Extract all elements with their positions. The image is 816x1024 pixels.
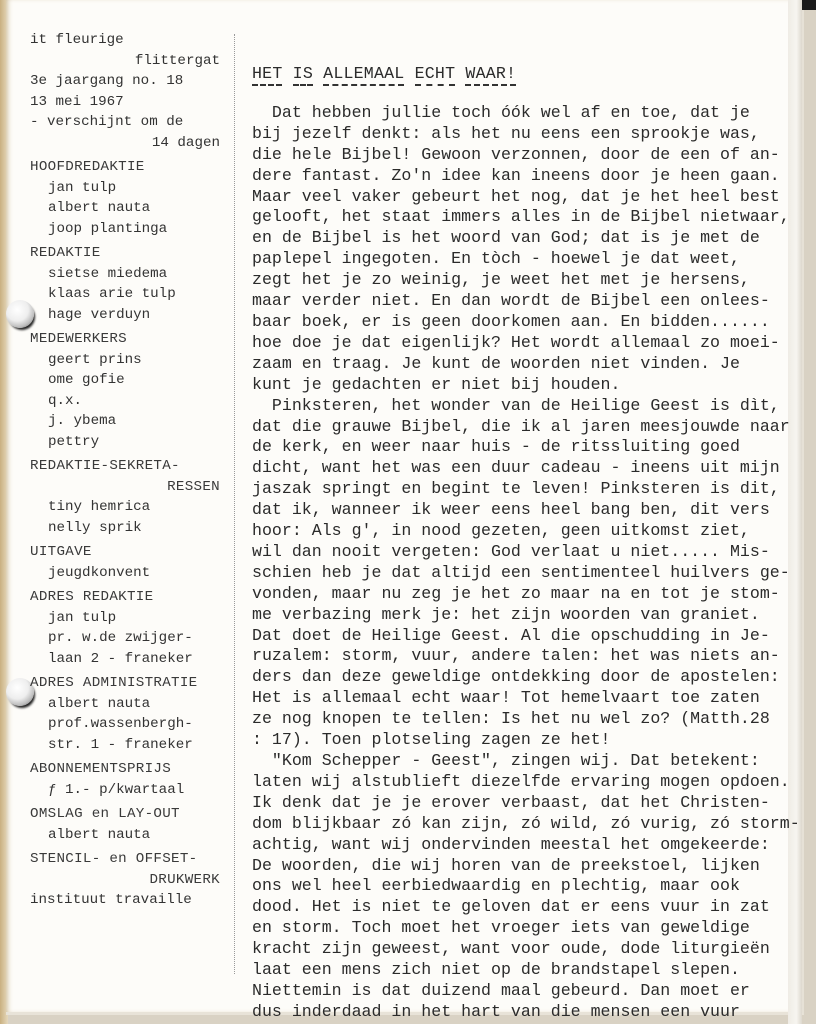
article-line: ons wel heel eerbiedwaardig en plechtig,… <box>252 876 772 897</box>
article-line: Ik denk dat je je erover verbaast, dat h… <box>252 793 772 814</box>
colophon-section: ADRES ADMINISTRATIEalbert nautaprof.wass… <box>30 673 220 755</box>
article-line: : 17). Toen plotseling zagen ze het! <box>252 730 772 751</box>
colophon-entry: pr. w.de zwijger- <box>30 628 220 649</box>
article: HET IS ALLEMAAL ECHT WAAR! Dat hebben ju… <box>252 64 772 1023</box>
colophon-sidebar: it fleurige flittergat 3e jaargang no. 1… <box>30 30 220 911</box>
colophon-section: MEDEWERKERSgeert prinsome gofieq.x.j. yb… <box>30 329 220 452</box>
article-line: laten wij alstublieft diezelfde ervaring… <box>252 772 772 793</box>
article-line: paplepel ingegoten. En tòch - hoewel je … <box>252 249 772 270</box>
article-line: dus inderdaad in het hart van die mensen… <box>252 1002 772 1023</box>
colophon-entry: hage verduyn <box>30 305 220 326</box>
colophon-section: STENCIL- en OFFSET-DRUKWERKinstituut tra… <box>30 849 220 911</box>
headline-word: ECHT <box>415 64 456 86</box>
colophon-entry: joop plantinga <box>30 219 220 240</box>
article-headline: HET IS ALLEMAAL ECHT WAAR! <box>252 64 772 85</box>
article-line: schien heb je dat altijd een sentimentee… <box>252 563 772 584</box>
article-line: maar verder niet. En dan wordt de Bijbel… <box>252 291 772 312</box>
article-line: laat een mens zich niet op de brandstape… <box>252 960 772 981</box>
colophon-heading: ABONNEMENTSPRIJS <box>30 759 220 780</box>
colophon-entry: albert nauta <box>30 198 220 219</box>
article-line: achtig, want wij ondervinden meestal het… <box>252 835 772 856</box>
article-line: Het is allemaal echt waar! Tot hemelvaar… <box>252 688 772 709</box>
colophon-heading: REDAKTIE-SEKRETA- <box>30 456 220 477</box>
article-line: wil dan nooit vergeten: God verlaat u ni… <box>252 542 772 563</box>
article-line: vonden, maar nu zeg je het zo maar na en… <box>252 584 772 605</box>
article-line: bij jezelf denkt: als het nu eens een sp… <box>252 124 772 145</box>
colophon-heading: STENCIL- en OFFSET- <box>30 849 220 870</box>
column-divider <box>234 34 235 974</box>
article-line: Pinksteren, het wonder van de Heilige Ge… <box>252 396 772 417</box>
colophon-entry: jan tulp <box>30 608 220 629</box>
colophon-heading: REDAKTIE <box>30 243 220 264</box>
article-line: ders dan deze geweldige ontdekking door … <box>252 667 772 688</box>
colophon-heading: ADRES REDAKTIE <box>30 587 220 608</box>
colophon-section: UITGAVEjeugdkonvent <box>30 542 220 583</box>
colophon-entry: jeugdkonvent <box>30 563 220 584</box>
colophon-entry: instituut travaille <box>30 890 220 911</box>
article-line: dere fantast. Zo'n idee kan ineens door … <box>252 166 772 187</box>
colophon-entry: sietse miedema <box>30 264 220 285</box>
colophon-heading: ADRES ADMINISTRATIE <box>30 673 220 694</box>
article-line: hoe doe je dat eigenlijk? Het wordt alle… <box>252 333 772 354</box>
article-line: Maar veel vaker gebeurt het nog, dat je … <box>252 187 772 208</box>
colophon-entry: laan 2 - franeker <box>30 649 220 670</box>
article-line: dom blijkbaar zó kan zijn, zó wild, zó v… <box>252 814 772 835</box>
article-line: en de Bijbel is het woord van God; dat i… <box>252 228 772 249</box>
headline-word: WAAR! <box>465 64 516 86</box>
colophon-heading: MEDEWERKERS <box>30 329 220 350</box>
article-line: "Kom Schepper - Geest", zingen wij. Dat … <box>252 751 772 772</box>
colophon-entry: geert prins <box>30 350 220 371</box>
headline-word: IS <box>293 64 313 86</box>
colophon-section: REDAKTIEsietse miedemaklaas arie tulphag… <box>30 243 220 325</box>
colophon-entry: prof.wassenbergh- <box>30 714 220 735</box>
masthead-title-line2: flittergat <box>30 51 220 72</box>
article-line: hoor: Als g', in nood gezeten, geen uitk… <box>252 521 772 542</box>
colophon-entry: jan tulp <box>30 178 220 199</box>
colophon-heading: OMSLAG en LAY-OUT <box>30 804 220 825</box>
masthead-frequency-line2: 14 dagen <box>30 133 220 154</box>
colophon-entry: albert nauta <box>30 825 220 846</box>
headline-word: HET <box>252 64 282 86</box>
colophon-entry: j. ybema <box>30 411 220 432</box>
colophon-entry: ome gofie <box>30 370 220 391</box>
colophon-section: REDAKTIE-SEKRETA-RESSENtiny hemricanelly… <box>30 456 220 538</box>
article-line: De woorden, die wij horen van de preekst… <box>252 856 772 877</box>
colophon-heading: DRUKWERK <box>30 870 220 891</box>
article-line: kunt je gedachten er niet bij houden. <box>252 375 772 396</box>
colophon-list: HOOFDREDAKTIEjan tulpalbert nautajoop pl… <box>30 157 220 911</box>
headline-word: ALLEMAAL <box>323 64 404 86</box>
masthead-volume: 3e jaargang no. 18 <box>30 71 220 92</box>
article-line: dat die grauwe Bijbel, die ik al jaren m… <box>252 417 772 438</box>
article-line: Dat hebben jullie toch óók wel af en toe… <box>252 103 772 124</box>
paper-edge <box>788 0 802 1024</box>
article-line: en storm. Toch moet het vroeger iets van… <box>252 918 772 939</box>
article-line: Niettemin is dat duizend maal gebeurd. D… <box>252 981 772 1002</box>
article-line: de kerk, en weer naar huis - de ritsslui… <box>252 437 772 458</box>
colophon-entry: tiny hemrica <box>30 497 220 518</box>
article-line: me verbazing merk je: het zijn woorden v… <box>252 605 772 626</box>
colophon-heading: UITGAVE <box>30 542 220 563</box>
article-line: ze nog knopen te tellen: Is het nu wel z… <box>252 709 772 730</box>
masthead-title-line1: it fleurige <box>30 30 220 51</box>
colophon-heading: RESSEN <box>30 477 220 498</box>
article-line: kracht zijn geweest, want voor oude, dod… <box>252 939 772 960</box>
colophon-entry: str. 1 - franeker <box>30 735 220 756</box>
article-line: ruzalem: storm, vuur, andere talen: het … <box>252 646 772 667</box>
article-line: gelooft, het staat immers alles in de Bi… <box>252 207 772 228</box>
page-corner-shadow <box>802 0 816 10</box>
masthead-frequency-line1: - verschijnt om de <box>30 112 220 133</box>
colophon-section: HOOFDREDAKTIEjan tulpalbert nautajoop pl… <box>30 157 220 239</box>
colophon-section: ADRES REDAKTIEjan tulppr. w.de zwijger-l… <box>30 587 220 669</box>
colophon-entry: albert nauta <box>30 694 220 715</box>
colophon-entry: klaas arie tulp <box>30 284 220 305</box>
colophon-entry: q.x. <box>30 391 220 412</box>
article-line: zaam en traag. Je kunt de woorden niet v… <box>252 354 772 375</box>
colophon-entry: pettry <box>30 432 220 453</box>
article-line: dood. Het is niet te geloven dat er eens… <box>252 897 772 918</box>
masthead-date: 13 mei 1967 <box>30 92 220 113</box>
article-line: zegt het je zo weinig, je weet het met j… <box>252 270 772 291</box>
colophon-entry: ƒ 1.- p/kwartaal <box>30 780 220 801</box>
colophon-entry: nelly sprik <box>30 518 220 539</box>
article-line: dicht, want het was een duur cadeau - in… <box>252 458 772 479</box>
masthead: it fleurige flittergat 3e jaargang no. 1… <box>30 30 220 153</box>
article-line: Dat doet de Heilige Geest. Al die opschu… <box>252 626 772 647</box>
colophon-section: ABONNEMENTSPRIJSƒ 1.- p/kwartaal <box>30 759 220 800</box>
article-line: jaszak springt en begint te leven! Pinks… <box>252 479 772 500</box>
article-line: die hele Bijbel! Gewoon verzonnen, door … <box>252 145 772 166</box>
colophon-heading: HOOFDREDAKTIE <box>30 157 220 178</box>
article-line: baar boek, er is geen doorkomen aan. En … <box>252 312 772 333</box>
article-line: dat ik, wanneer ik weer eens heel bang b… <box>252 500 772 521</box>
colophon-section: OMSLAG en LAY-OUTalbert nauta <box>30 804 220 845</box>
article-body: Dat hebben jullie toch óók wel af en toe… <box>252 103 772 1023</box>
